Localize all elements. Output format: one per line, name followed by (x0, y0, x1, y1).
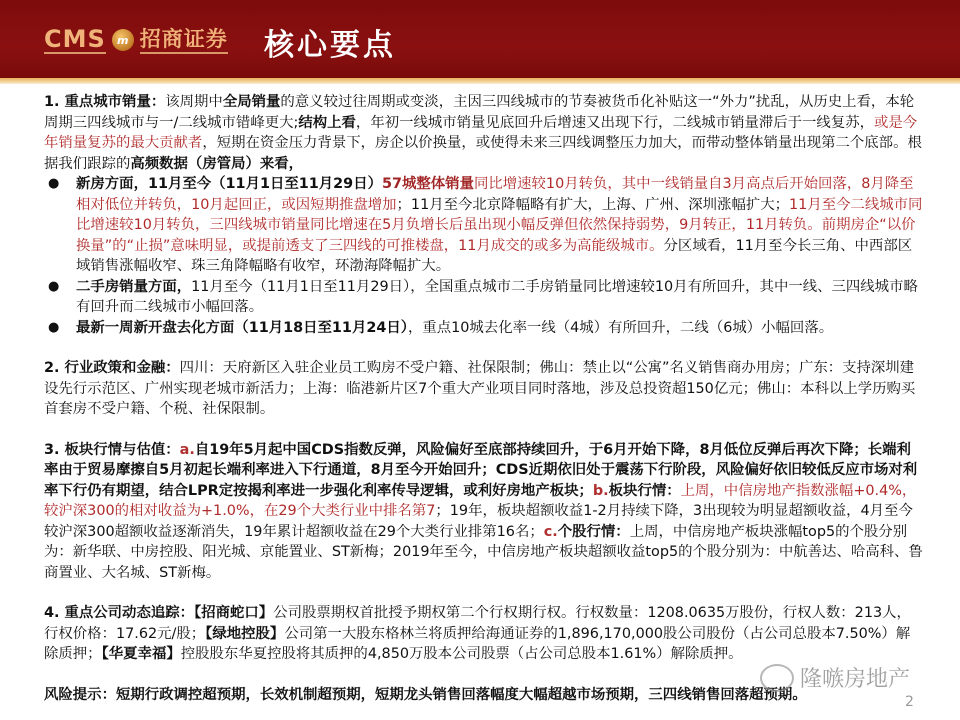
bullet-new-homes: ● 新房方面，11月至今（11月1日至11月29日）57城整体销量同比增速较10… (44, 174, 924, 277)
section-policy: 2. 行业政策和金融：四川：天府新区入驻企业员工购房不受户籍、社保限制；佛山：禁… (44, 358, 924, 420)
cms-logo: CMS m 招商证券 (44, 26, 228, 54)
text-bold: 板块行情： (609, 483, 681, 499)
section-label: 4. 重点公司动态追踪： (44, 605, 194, 621)
text: 11月至今（11月1日至11月29日），全国重点城市二手房销量同比增速较10月有… (76, 279, 918, 316)
item-label: a. (180, 442, 195, 458)
header-gold-band (0, 78, 960, 84)
watermark-text: 隆嗾房地产 (800, 662, 910, 693)
page-number: 2 (905, 694, 914, 710)
text: ，年初一线城市销量见底回升后增速又出现下行，二线城市销量滞后于一线复苏， (356, 115, 874, 131)
page-title: 核心要点 (264, 20, 396, 64)
section-label: 3. 板块行情与估值： (44, 442, 180, 458)
item-label: b. (593, 483, 609, 499)
section-sector: 3. 板块行情与估值：a.自19年5月起中国CDS指数反弹，风险偏好至底部持续回… (44, 440, 924, 584)
bullet-head-red: 57城整体销量 (382, 176, 474, 192)
bullet-second-hand: ● 二手房销量方面，11月至今（11月1日至11月29日），全国重点城市二手房销… (44, 277, 924, 318)
company-name: 【绿地控股】 (205, 626, 284, 642)
text-bold: 高频数据（房管局）来看， (130, 156, 303, 172)
text-bold: 个股行情： (558, 524, 630, 540)
bullet-head: 二手房销量方面， (76, 279, 191, 295)
section-label: 2. 行业政策和金融： (44, 360, 180, 376)
section-label: 1. 重点城市销量： (44, 94, 165, 110)
text: ；11月至今北京降幅略有扩大，上海、广州、深圳涨幅扩大； (397, 197, 789, 213)
text-bold: 结构上看 (298, 115, 356, 131)
section-company: 4. 重点公司动态追踪：【招商蛇口】公司股票期权首批授予期权第二个行权期行权。行… (44, 603, 924, 665)
wechat-icon (760, 664, 794, 692)
bullet-icon: ● (44, 318, 76, 339)
section-city-sales: 1. 重点城市销量：该周期中全局销量的意义较过往周期或变淡，主因三四线城市的节奏… (44, 92, 924, 174)
watermark: 隆嗾房地产 (760, 662, 910, 693)
logo-latin: CMS (44, 26, 106, 54)
slide-header: CMS m 招商证券 核心要点 (0, 0, 960, 78)
text: ，重点10城去化率一线（4城）有所回升，二线（6城）小幅回落。 (408, 320, 833, 336)
bullet-new-launches: ● 最新一周新开盘去化方面（11月18日至11月24日），重点10城去化率一线（… (44, 318, 924, 339)
logo-chinese: 招商证券 (140, 26, 228, 54)
item-label: c. (544, 524, 558, 540)
bullet-head: 最新一周新开盘去化方面（11月18日至11月24日） (76, 320, 408, 336)
logo-emblem-icon: m (112, 29, 134, 51)
text: 该周期中 (165, 94, 223, 110)
slide-content: 1. 重点城市销量：该周期中全局销量的意义较过往周期或变淡，主因三四线城市的节奏… (44, 92, 924, 705)
bullet-icon: ● (44, 174, 76, 277)
company-name: 【华夏幸福】 (102, 646, 181, 662)
bullet-icon: ● (44, 277, 76, 318)
bullet-head: 新房方面，11月至今（11月1日至11月29日） (76, 176, 382, 192)
text-bold: 全局销量 (223, 94, 281, 110)
text: 控股股东华夏控股将其质押的4,850万股本公司股票（占公司总股本1.61%）解除… (181, 646, 743, 662)
company-name: 【招商蛇口】 (194, 605, 273, 621)
